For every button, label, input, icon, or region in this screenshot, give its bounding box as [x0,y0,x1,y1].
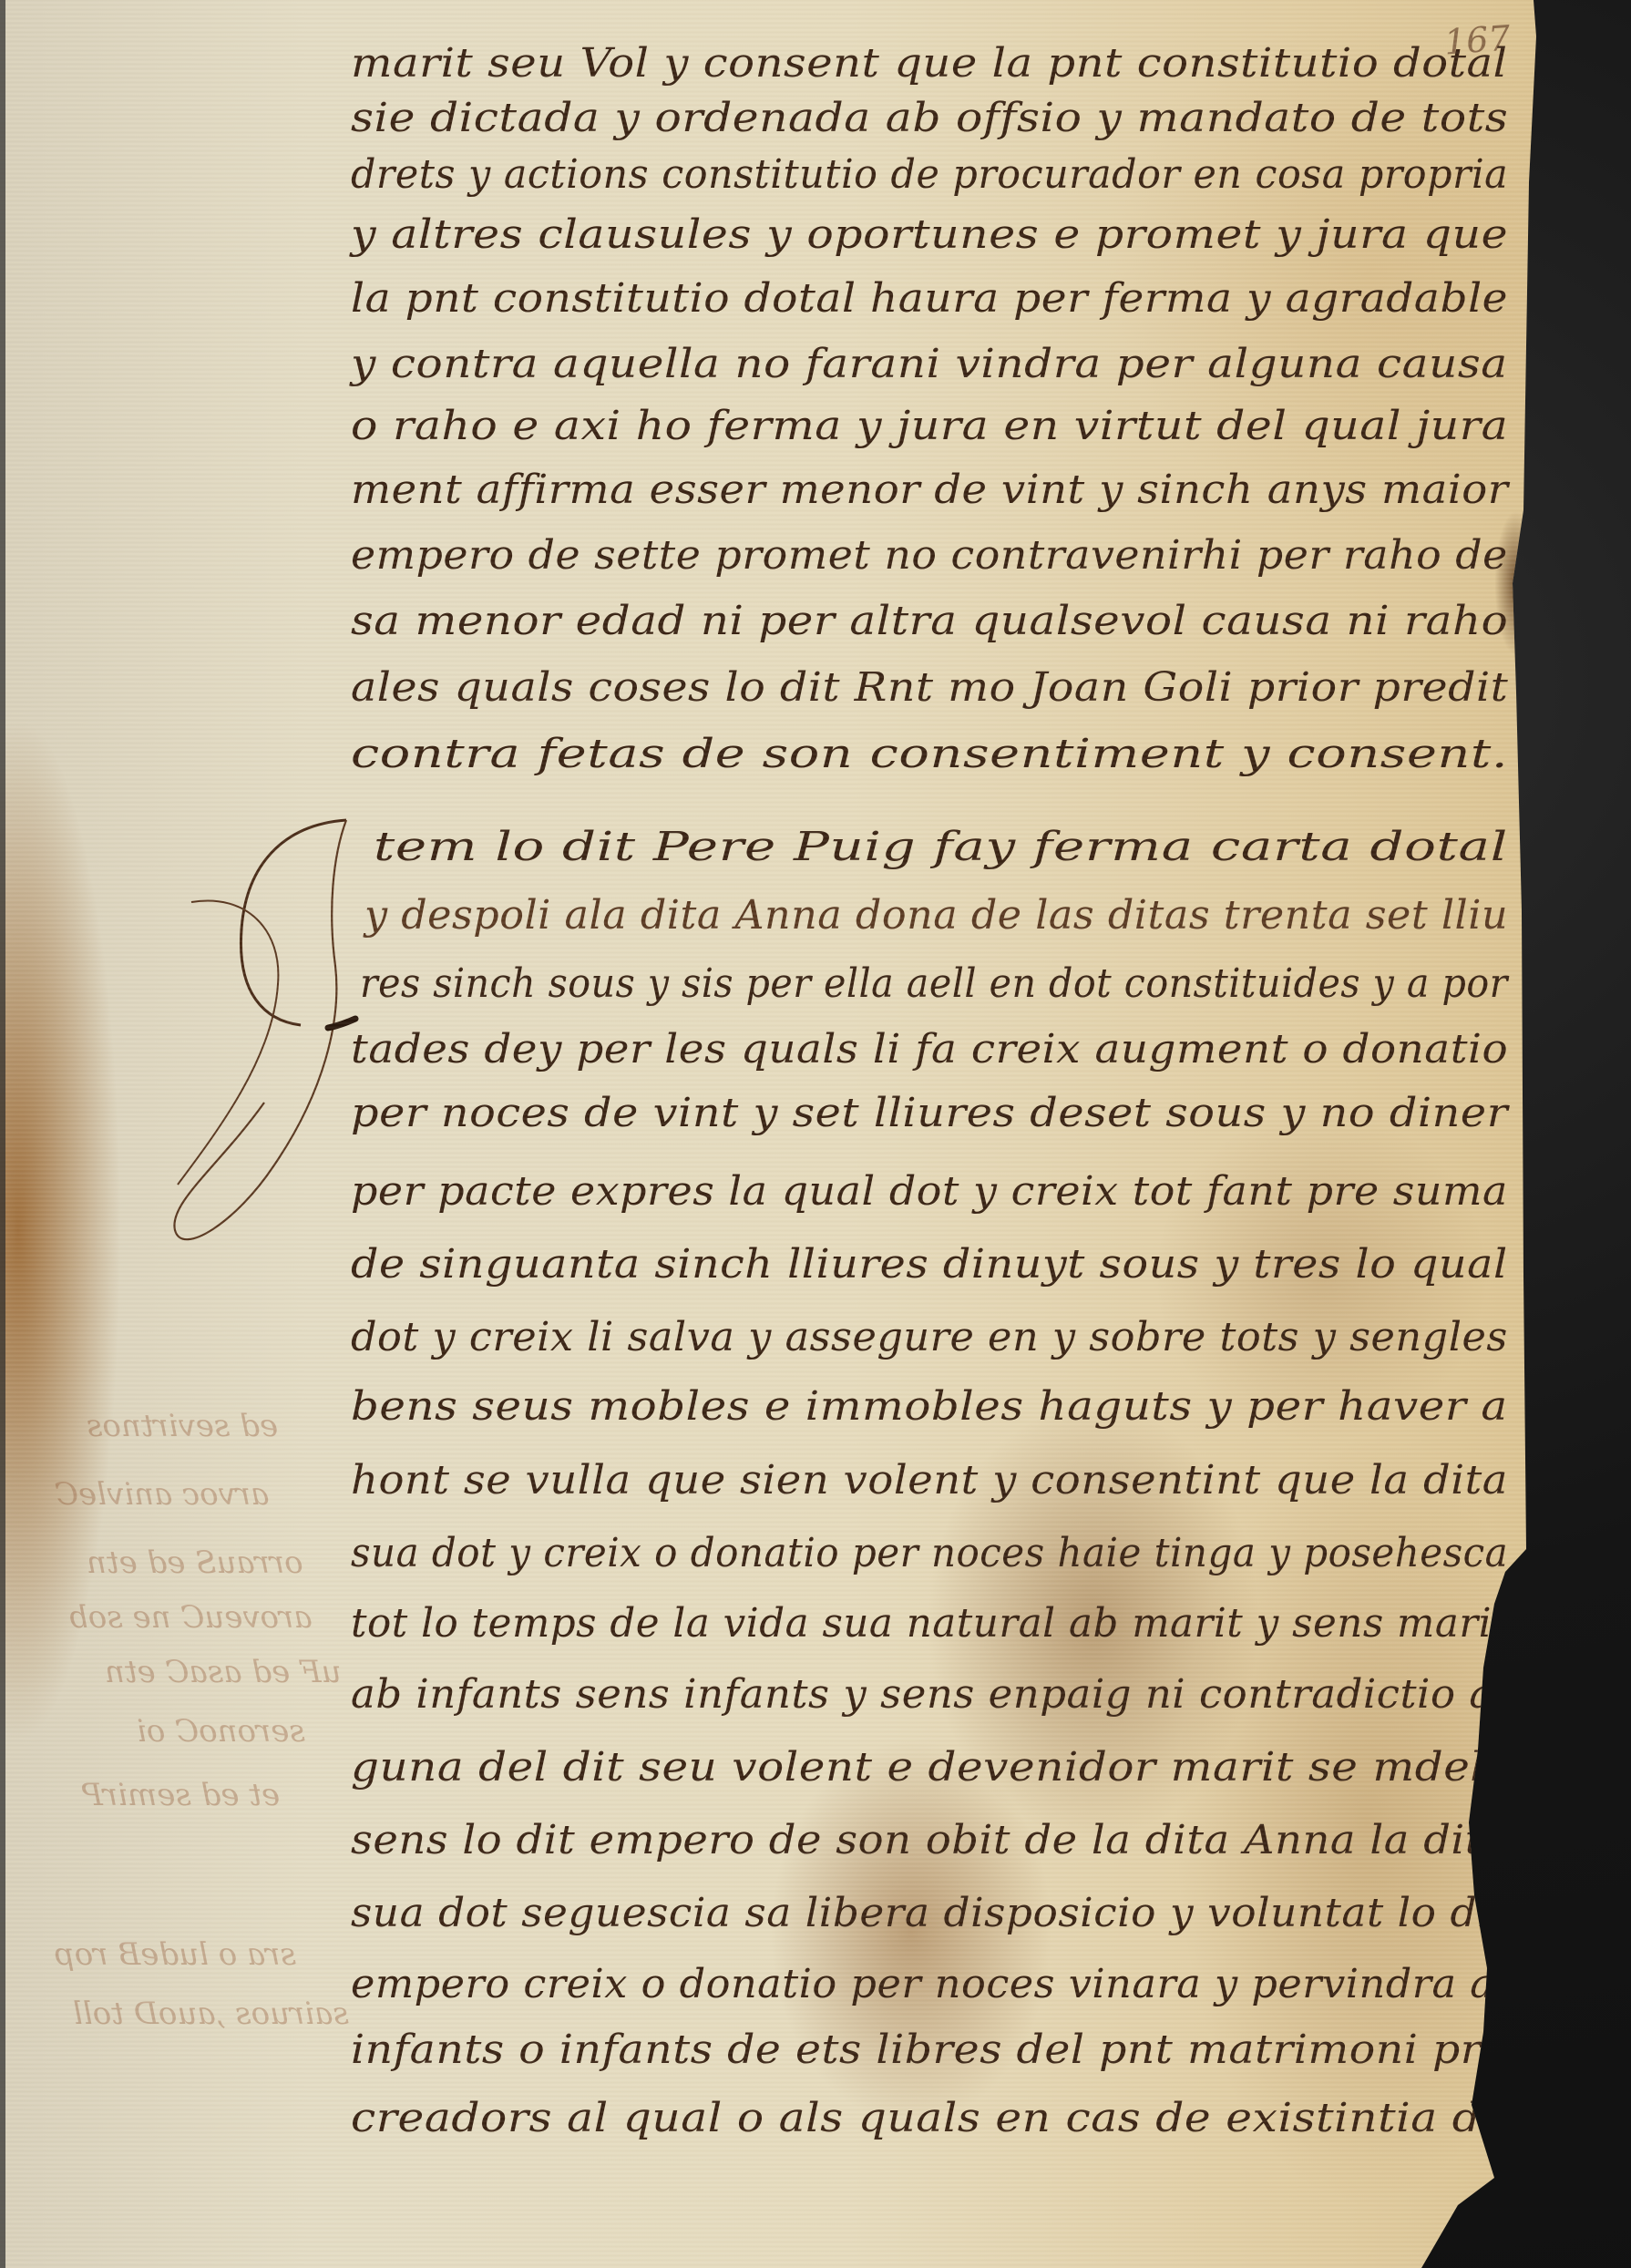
bleed-through-text: et ed semirP [82,1777,280,1813]
text-line: marit seu Vol y consent que la pnt const… [351,36,1508,91]
text-line: y altres clausules y oportunes e promet … [351,208,1508,262]
text-line: res sinch sous y sis per ella aell en do… [360,957,1508,1011]
text-line: sens lo dit empero de son obit de la dit… [351,1813,1508,1868]
bleed-through-text: sairuos ,auoD toll [73,1996,349,2032]
text-line: tades dey per les quals li fa creix augm… [351,1022,1508,1077]
bleed-through-text: seronoC oi [137,1713,305,1750]
bleed-through-text: sra o ludeB rop [55,1936,296,1973]
bleed-through-text: arvoc anivleC [55,1476,269,1513]
text-line: tot lo temps de la vida sua natural ab m… [351,1596,1508,1651]
text-line: per noces de vint y set lliures deset so… [351,1086,1508,1141]
text-line: dot y creix li salva y assegure en y sob… [351,1310,1508,1365]
page-left-edge [0,0,5,2268]
folio-number: 167 [1443,18,1512,63]
text-line: infants o infants de ets libres del pnt … [351,2023,1508,2078]
bleed-through-text: orrauS ed etn [87,1544,303,1581]
text-line: de singuanta sinch lliures dinuyt sous y… [351,1237,1508,1292]
text-line: contra fetas de son consentiment y conse… [351,727,1508,782]
text-line: sua dot seguescia sa libera disposicio y… [351,1886,1508,1941]
text-line: sa menor edad ni per altra qualsevol cau… [351,594,1508,649]
text-line: bens seus mobles e immobles haguts y per… [351,1380,1508,1434]
bleed-through-text: ed sevirtnos [87,1408,278,1444]
text-line: sua dot y creix o donatio per noces haie… [351,1526,1508,1581]
text-line: empero creix o donatio per noces vinara … [351,1957,1508,2012]
text-line: y despoli ala dita Anna dona de las dita… [364,888,1508,943]
text-line: tem lo dit Pere Puig fay ferma carta dot… [374,820,1508,875]
text-line: guna del dit seu volent e devenidor mari… [351,1740,1508,1795]
bleed-through-text: uF ed asaC etn [105,1654,341,1690]
decorative-initial-icon [164,802,383,1276]
text-line: empero de sette promet no contravenirhi … [351,529,1508,583]
bleed-through-text: aroveuC ne sob [68,1599,313,1636]
manuscript-page: ed sevirtnos arvoc anivleC orrauS ed etn… [0,0,1540,2268]
text-line: per pacte expres la qual dot y creix tot… [351,1165,1508,1219]
text-line: y contra aquella no farani vindra per al… [351,337,1508,392]
text-line: o raho e axi ho ferma y jura en virtut d… [351,399,1508,454]
text-line: ab infants sens infants y sens enpaig ni… [351,1668,1508,1722]
text-line: la pnt constitutio dotal haura per ferma… [351,272,1508,326]
text-line: ales quals coses lo dit Rnt mo Joan Goli… [351,661,1508,715]
text-line: ment affirma esser menor de vint y sinch… [351,463,1508,518]
text-line: creadors al qual o als quals en cas de e… [351,2091,1508,2146]
text-line: hont se vulla que sien volent y consenti… [351,1453,1508,1508]
text-line: drets y actions constitutio de procurado… [351,148,1508,202]
text-line: sie dictada y ordenada ab offsio y manda… [351,91,1508,146]
